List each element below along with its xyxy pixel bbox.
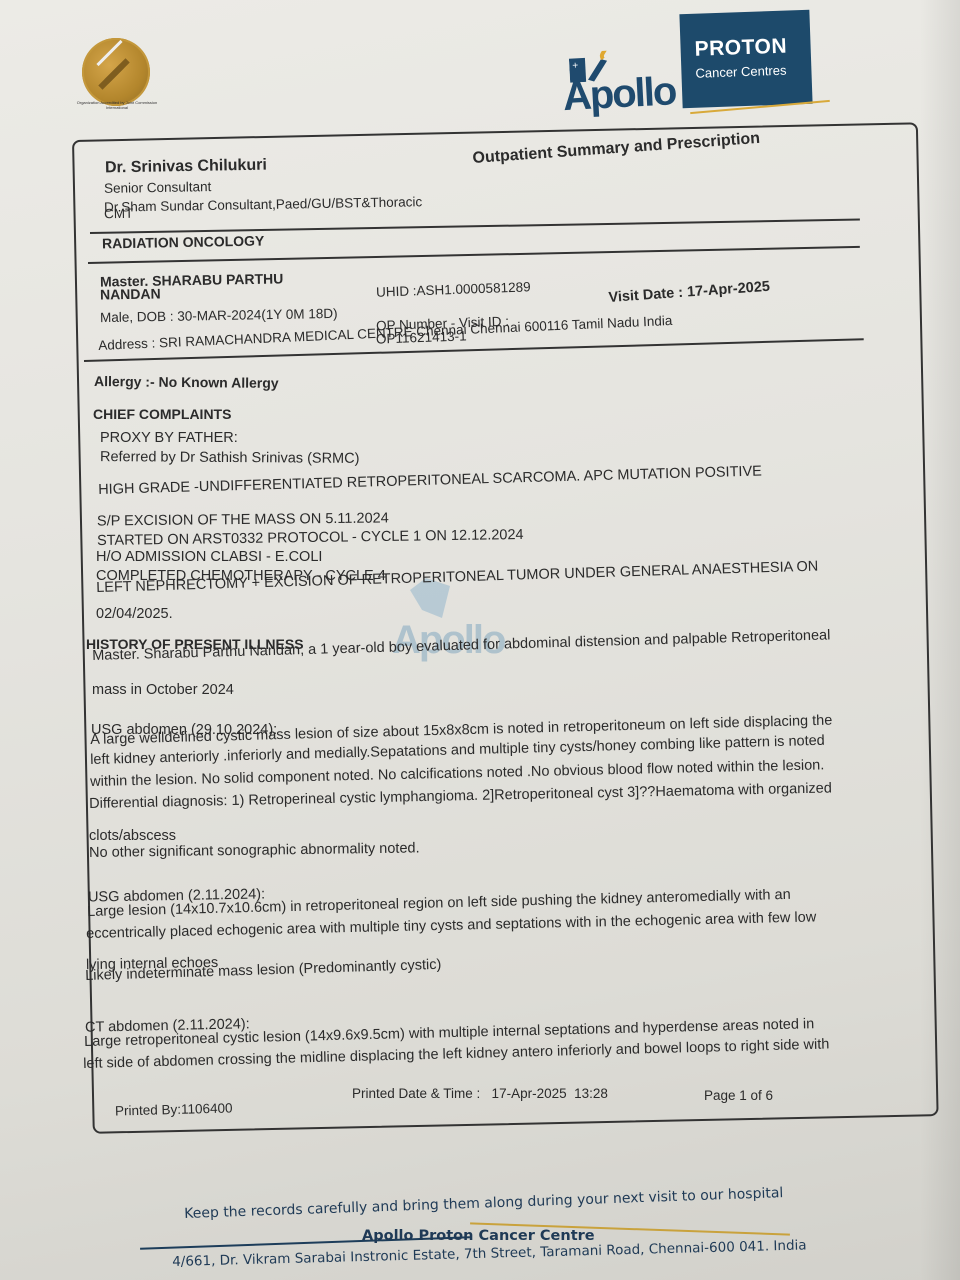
complaint-line: S/P EXCISION OF THE MASS ON 5.11.2024	[97, 510, 389, 529]
department: RADIATION ONCOLOGY	[102, 233, 265, 252]
doctor-name: Dr. Srinivas Chilukuri	[105, 157, 267, 178]
allergy: Allergy :- No Known Allergy	[94, 373, 279, 391]
complaint-line: H/O ADMISSION CLABSI - E.COLI	[96, 549, 322, 565]
document-title: Outpatient Summary and Prescription	[472, 130, 761, 168]
complaint-line: PROXY BY FATHER:	[100, 430, 238, 446]
doctor-other2: CMT	[104, 206, 134, 222]
doctor-other: Dr.Sham Sundar Consultant,Paed/GU/BST&Th…	[104, 194, 422, 215]
usg1-line: No other significant sonographic abnorma…	[89, 840, 420, 861]
doctor-designation: Senior Consultant	[104, 179, 212, 196]
patient-gender-dob: Male, DOB : 30-MAR-2024(1Y 0M 18D)	[100, 306, 338, 325]
complaint-line: Referred by Dr Sathish Srinivas (SRMC)	[100, 449, 360, 467]
centre-name: Apollo Proton Cancer Centre	[362, 1228, 595, 1244]
chief-complaints-heading: CHIEF COMPLAINTS	[93, 406, 231, 422]
uhid: UHID :ASH1.0000581289	[376, 279, 531, 299]
history-intro: Master. Sharabu Parthu Nandan, a 1 year-…	[92, 627, 831, 664]
visit-date: Visit Date : 17-Apr-2025	[608, 279, 770, 306]
printed-by: Printed By:1106400	[115, 1100, 233, 1118]
page-number: Page 1 of 6	[704, 1088, 773, 1103]
complaint-line: HIGH GRADE -UNDIFFERENTIATED RETROPERITO…	[98, 463, 762, 498]
complaint-line: 02/04/2025.	[96, 606, 173, 622]
patient-name-line2: NANDAN	[100, 285, 161, 302]
complaint-line: STARTED ON ARST0332 PROTOCOL - CYCLE 1 O…	[97, 527, 524, 549]
printed-date-time: Printed Date & Time : 17-Apr-2025 13:28	[352, 1086, 608, 1101]
usg1-line: clots/abscess	[89, 828, 176, 844]
history-intro: mass in October 2024	[92, 682, 234, 698]
